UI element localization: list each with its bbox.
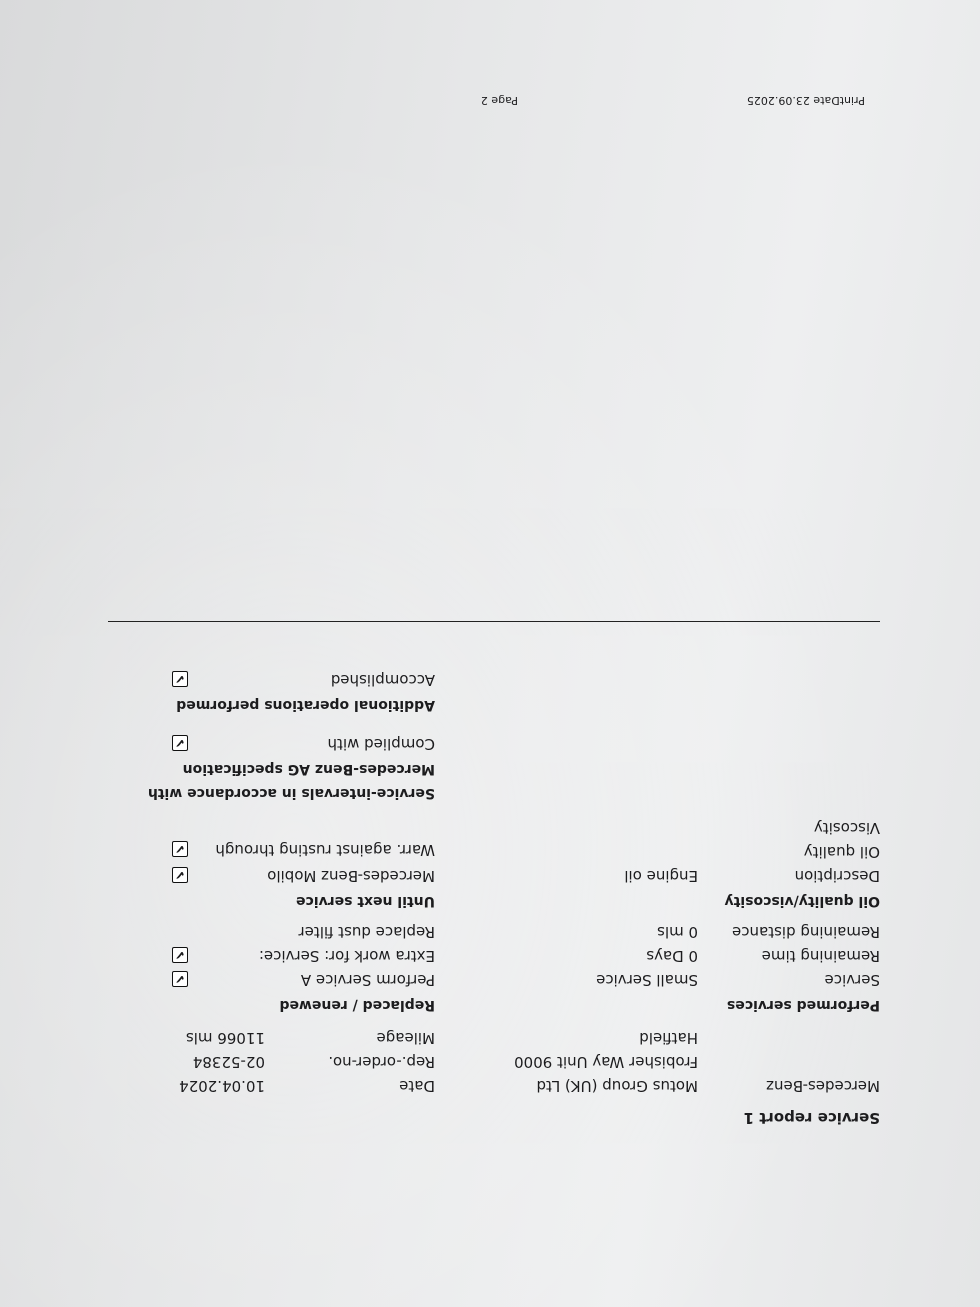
remaining-distance-value: 0 mls <box>657 923 698 941</box>
service-row: Service Small Service Perform Service A … <box>100 965 880 989</box>
field-label: Date <box>399 1077 435 1095</box>
oil-heading: Oil quality/viscosity <box>725 893 880 909</box>
complied-with-label: Complied with <box>328 735 435 753</box>
replaced-item: Extra work for: Service: <box>259 947 435 965</box>
performed-services-heading: Performed services <box>727 997 880 1013</box>
date-value: 10.04.2024 <box>179 1077 265 1095</box>
report-title: Service report 1 <box>100 1109 880 1127</box>
service-label: Service <box>825 971 880 989</box>
service-report: Service report 1 Mercedes-Benz Motus Gro… <box>100 665 880 1127</box>
additional-operations-heading: Additional operations performed <box>176 697 435 713</box>
checkbox-checked-icon: ✔ <box>172 841 188 857</box>
intervals-row: Complied with ✔ <box>100 729 880 753</box>
checkbox-checked-icon: ✔ <box>172 671 188 687</box>
viscosity-label: Viscosity <box>814 819 880 837</box>
brand: Mercedes-Benz <box>766 1077 880 1095</box>
section-heading-row: Performed services Replaced / renewed <box>100 989 880 1013</box>
oil-row: Description Engine oil Mercedes-Benz Mob… <box>100 861 880 885</box>
service-intervals-heading: Service-intervals in accordance with <box>148 785 435 801</box>
checkbox-checked-icon: ✔ <box>172 971 188 987</box>
description-value: Engine oil <box>624 867 698 885</box>
field-label: Rep.-order-no. <box>328 1053 435 1071</box>
print-date: PrintDate 23.09.2025 <box>747 94 865 107</box>
order-number-value: 02-52384 <box>193 1053 265 1071</box>
replaced-heading: Replaced / renewed <box>279 997 435 1013</box>
checkbox-checked-icon: ✔ <box>172 867 188 883</box>
dealer-address: Frobisher Way Unit 9000 <box>514 1053 698 1071</box>
mileage-value: 11066 mls <box>186 1029 265 1047</box>
checkbox-checked-icon: ✔ <box>172 735 188 751</box>
document-page: Service report 1 Mercedes-Benz Motus Gro… <box>0 0 980 1307</box>
dealer-city: Hatfield <box>639 1029 698 1047</box>
additional-row: Accomplished ✔ <box>100 665 880 689</box>
header-row: Hatfield Mileage 11066 mls <box>100 1023 880 1047</box>
service-intervals-heading-2: Mercedes-Benz AG specification <box>183 761 435 777</box>
section-heading-row: Service-intervals in accordance with <box>100 777 880 801</box>
accomplished-label: Accomplished <box>331 671 435 689</box>
dealer-name: Motus Group (UK) Ltd <box>536 1077 698 1095</box>
remaining-time-label: Remaining time <box>762 947 880 965</box>
description-label: Description <box>795 867 880 885</box>
section-heading-row: Additional operations performed <box>100 689 880 713</box>
service-value: Small Service <box>596 971 698 989</box>
remaining-distance-label: Remaining distance <box>732 923 880 941</box>
until-next-item: Warr. against rusting through <box>215 841 435 859</box>
header-row: Mercedes-Benz Motus Group (UK) Ltd Date … <box>100 1071 880 1095</box>
replaced-item: Perform Service A <box>301 971 435 989</box>
until-next-service-heading: Until next service <box>296 893 435 909</box>
oil-row: Warr. against rusting through ✔ <box>100 835 880 859</box>
field-label: Mileage <box>377 1029 435 1047</box>
section-divider <box>108 621 880 622</box>
page-number: Page 2 <box>481 94 518 107</box>
replaced-item: Replace dust filter <box>299 923 436 941</box>
service-row: Remaining distance 0 mls Replace dust fi… <box>100 917 880 941</box>
oil-row: Viscosity <box>100 813 880 837</box>
checkbox-checked-icon: ✔ <box>172 947 188 963</box>
section-heading-row: Mercedes-Benz AG specification <box>100 753 880 777</box>
section-heading-row: Oil quality/viscosity Until next service <box>100 885 880 909</box>
until-next-item: Mercedes-Benz Mobilo <box>267 867 435 885</box>
service-row: Remaining time 0 Days Extra work for: Se… <box>100 941 880 965</box>
remaining-time-value: 0 Days <box>646 947 698 965</box>
header-row: Frobisher Way Unit 9000 Rep.-order-no. 0… <box>100 1047 880 1071</box>
